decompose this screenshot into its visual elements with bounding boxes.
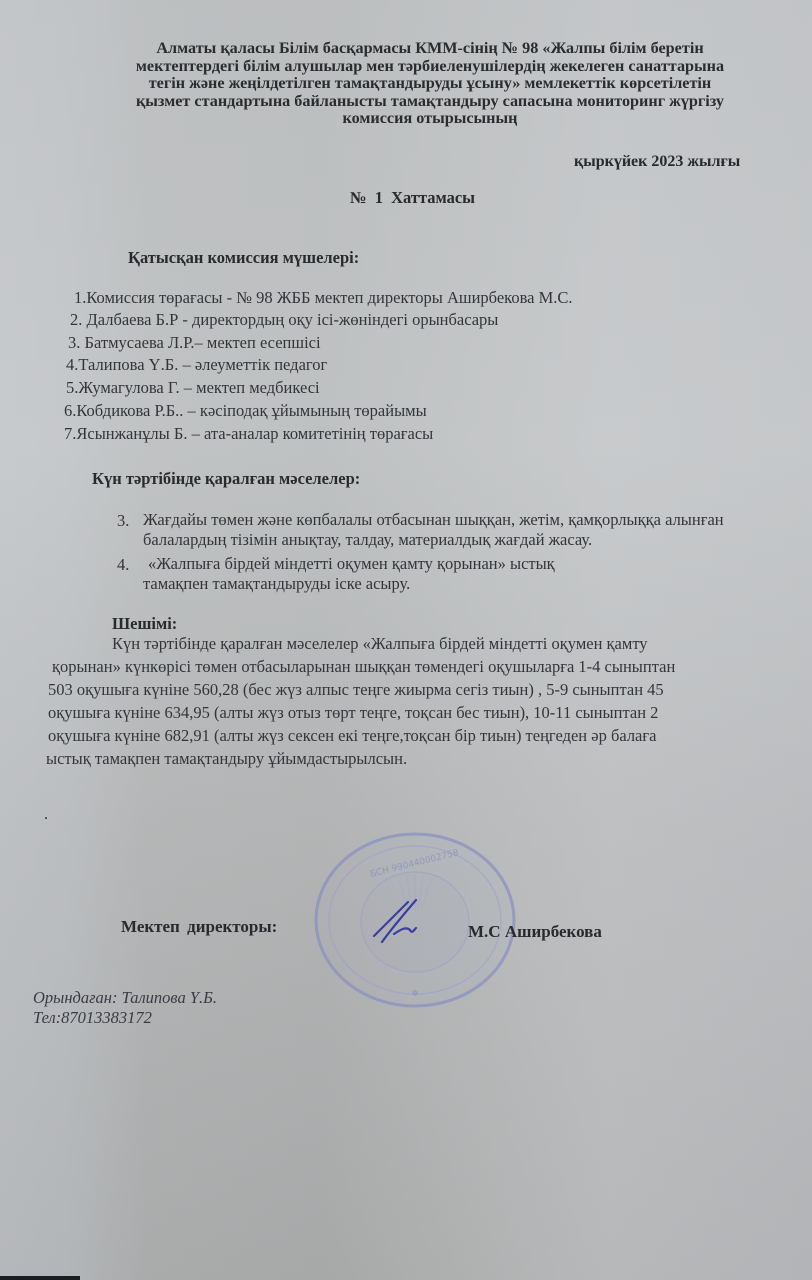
agenda-heading: Күн тәртібінде қаралған мәселелер: — [92, 469, 360, 489]
executor-phone: Тел:87013383172 — [33, 1008, 152, 1028]
stray-mark: . — [44, 806, 48, 824]
member-item: 3. Батмусаева Л.Р.– мектеп есепшісі — [68, 333, 321, 353]
decision-line: қорынан» күнкөрісі төмен отбасыларынан ш… — [52, 657, 675, 677]
member-item: 2. Далбаева Б.Р - директордың оқу ісі-жө… — [70, 310, 498, 330]
title-line: Алматы қаласы Білім басқармасы КММ-сінің… — [90, 40, 770, 58]
members-heading: Қатысқан комиссия мүшелері: — [128, 248, 359, 268]
decision-line: оқушыға күніне 634,95 (алты жүз отыз төр… — [48, 703, 658, 723]
agenda-number: 3. — [117, 511, 129, 531]
protocol-number: № 1 Хаттамасы — [350, 188, 475, 208]
agenda-number: 4. — [117, 555, 129, 575]
executor-name: Орындаған: Талипова Ү.Б. — [33, 988, 217, 1008]
title-line: тегін және жеңілдетілген тамақтандыруды … — [90, 75, 770, 93]
title-line: комиссия отырысының — [90, 110, 770, 128]
decision-line: 503 оқушыға күніне 560,28 (бес жүз алпыс… — [48, 680, 664, 700]
member-item: 6.Кобдикова Р.Б.. – кәсіподақ ұйымының т… — [64, 401, 427, 421]
member-item: 7.Ясынжанұлы Б. – ата-аналар комитетінің… — [64, 424, 433, 444]
signature-label: Мектеп директоры: — [121, 917, 277, 937]
official-stamp-icon: БСН 990440002758 ✲ — [312, 830, 518, 1010]
title-line: мектептердегі білім алушылар мен тәрбиел… — [90, 58, 770, 76]
title-line: қызмет стандартына байланысты тамақтанды… — [90, 93, 770, 111]
member-item: 5.Жумагулова Г. – мектеп медбикесі — [66, 378, 320, 398]
document-title: Алматы қаласы Білім басқармасы КММ-сінің… — [90, 40, 770, 128]
member-item: 1.Комиссия төрағасы - № 98 ЖББ мектеп ди… — [74, 288, 573, 308]
page-edge-shadow — [0, 1276, 80, 1280]
agenda-item: «Жалпыға бірдей міндетті оқумен қамту қо… — [143, 554, 623, 594]
document-date: қыркүйек 2023 жылғы — [574, 153, 740, 171]
decision-line: ыстық тамақпен тамақтандыру ұйымдастырыл… — [46, 749, 407, 769]
decision-line: оқушыға күніне 682,91 (алты жүз сексен е… — [48, 726, 656, 746]
svg-text:✲: ✲ — [412, 989, 419, 998]
agenda-item: Жағдайы төмен және көпбалалы отбасынан ш… — [143, 510, 768, 550]
decision-line: Күн тәртібінде қаралған мәселелер «Жалпы… — [112, 634, 648, 654]
decision-heading: Шешімі: — [112, 614, 177, 634]
signatory-name: М.С Аширбекова — [468, 922, 602, 942]
member-item: 4.Талипова Ү.Б. – әлеуметтік педагог — [66, 355, 327, 375]
